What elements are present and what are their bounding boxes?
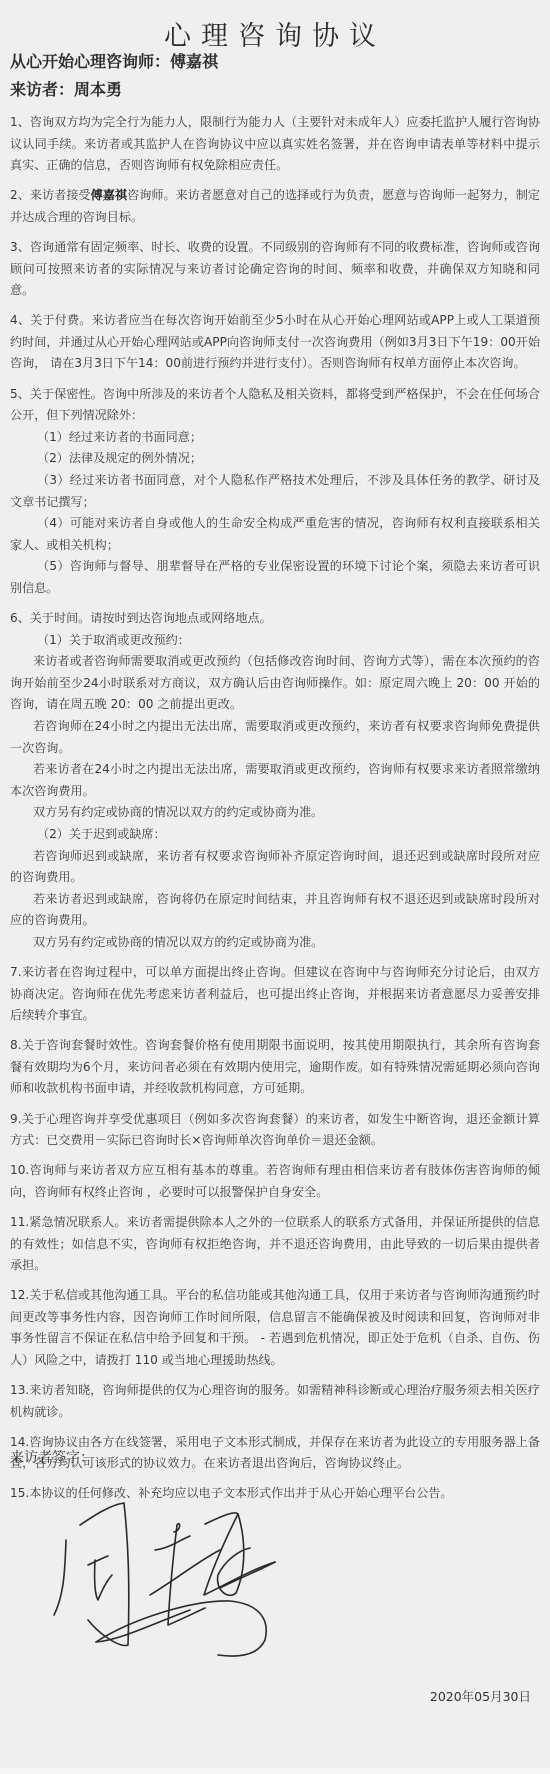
- signature-label: 来访者签字：: [10, 1448, 94, 1468]
- clause-5-item: （2）法律及规定的例外情况；: [10, 448, 540, 470]
- agreement-body: 1、咨询双方均为完全行为能力人，限制行为能力人（主要针对未成年人）应委托监护人履…: [10, 112, 540, 1514]
- clause-3: 3、咨询通常有固定频率、时长、收费的设置。不同级别的咨询师有不同的收费标准，咨询…: [10, 237, 540, 302]
- clause-6-intro: 6、关于时间。请按时到达咨询地点或网络地点。: [10, 608, 540, 630]
- signature-date: 2020年05月30日: [430, 1688, 531, 1706]
- page-title: 心理咨询协议: [0, 18, 550, 54]
- clause-1: 1、咨询双方均为完全行为能力人，限制行为能力人（主要针对未成年人）应委托监护人履…: [10, 112, 540, 177]
- clause-13: 13.来访者知晓，咨询师提供的仅为心理咨询的服务。如需精神科诊断或心理治疗服务须…: [10, 1380, 540, 1423]
- clause-2-prefix: 2、来访者接受: [10, 188, 91, 202]
- clause-12: 12.关于私信或其他沟通工具。平台的私信功能或其他沟通工具，仅用于来访者与咨询师…: [10, 1285, 540, 1371]
- clause-5-item: （4）可能对来访者自身或他人的生命安全构成严重危害的情况，咨询师有权利直接联系相…: [10, 513, 540, 556]
- clause-6-sub1-para: 若来访者在24小时之内提出无法出席，需要取消或更改预约，咨询师有权要求来访者照常…: [10, 759, 540, 802]
- clause-11: 11.紧急情况联系人。来访者需提供除本人之外的一位联系人的联系方式备用，并保证所…: [10, 1212, 540, 1277]
- clause-9: 9.关于心理咨询并享受优惠项目（例如多次咨询套餐）的来访者，如发生中断咨询，退还…: [10, 1109, 540, 1152]
- clause-7: 7.来访者在咨询过程中，可以单方面提出终止咨询。但建议在咨询中与咨询师充分讨论后…: [10, 962, 540, 1027]
- visitor-line: 来访者：周本勇: [10, 80, 122, 100]
- clause-8: 8.关于咨询套餐时效性。咨询套餐价格有使用期限书面说明，按其使用期限执行，其余所…: [10, 1035, 540, 1100]
- clause-5-intro: 5、关于保密性。咨询中所涉及的来访者个人隐私及相关资料，都将受到严格保护，不会在…: [10, 384, 540, 427]
- clause-5: 5、关于保密性。咨询中所涉及的来访者个人隐私及相关资料，都将受到严格保护，不会在…: [10, 384, 540, 600]
- clause-6-sub2-title: （2）关于迟到或缺席：: [10, 824, 540, 846]
- clause-6-sub2-para: 若咨询师迟到或缺席，来访者有权要求咨询师补齐原定咨询时间，退还迟到或缺席时段所对…: [10, 846, 540, 889]
- clause-4: 4、关于付费。来访者应当在每次咨询开始前至少5小时在从心开始心理网站或APP上或…: [10, 310, 540, 375]
- agreement-page: 心理咨询协议 从心开始心理咨询师：傅嘉祺 来访者：周本勇 1、咨询双方均为完全行…: [0, 0, 550, 1774]
- counselor-line: 从心开始心理咨询师：傅嘉祺: [10, 52, 218, 72]
- clause-6: 6、关于时间。请按时到达咨询地点或网络地点。 （1）关于取消或更改预约： 来访者…: [10, 608, 540, 954]
- clause-5-item: （1）经过来访者的书面同意；: [10, 427, 540, 449]
- clause-6-sub1-title: （1）关于取消或更改预约：: [10, 630, 540, 652]
- clause-10: 10.咨询师与来访者双方应互相有基本的尊重。若咨询师有理由相信来访者有肢体伤害咨…: [10, 1160, 540, 1203]
- clause-6-sub1-para: 双方另有约定或协商的情况以双方的约定或协商为准。: [10, 802, 540, 824]
- clause-5-item: （5）咨询师与督导、朋辈督导在严格的专业保密设置的环境下讨论个案，须隐去来访者可…: [10, 556, 540, 599]
- bottom-edge: [0, 1768, 550, 1774]
- clause-2-counselor-name: 傅嘉祺: [91, 188, 127, 202]
- clause-5-item: （3）经过来访者书面同意，对个人隐私作严格技术处理后，不涉及具体任务的教学、研讨…: [10, 470, 540, 513]
- handwritten-signature-image: [40, 1470, 300, 1670]
- clause-6-sub1-para: 若咨询师在24小时之内提出无法出席，需要取消或更改预约，来访者有权要求咨询师免费…: [10, 716, 540, 759]
- clause-6-sub2-para: 若来访者迟到或缺席，咨询将仍在原定时间结束，并且咨询师有权不退还迟到或缺席时段所…: [10, 889, 540, 932]
- clause-2: 2、来访者接受傅嘉祺咨询师。来访者愿意对自己的选择或行为负责，愿意与咨询师一起努…: [10, 185, 540, 228]
- clause-6-sub1-para: 来访者或者咨询师需要取消或更改预约（包括修改咨询时间、咨询方式等），需在本次预约…: [10, 651, 540, 716]
- clause-6-sub2-para: 双方另有约定或协商的情况以双方的约定或协商为准。: [10, 932, 540, 954]
